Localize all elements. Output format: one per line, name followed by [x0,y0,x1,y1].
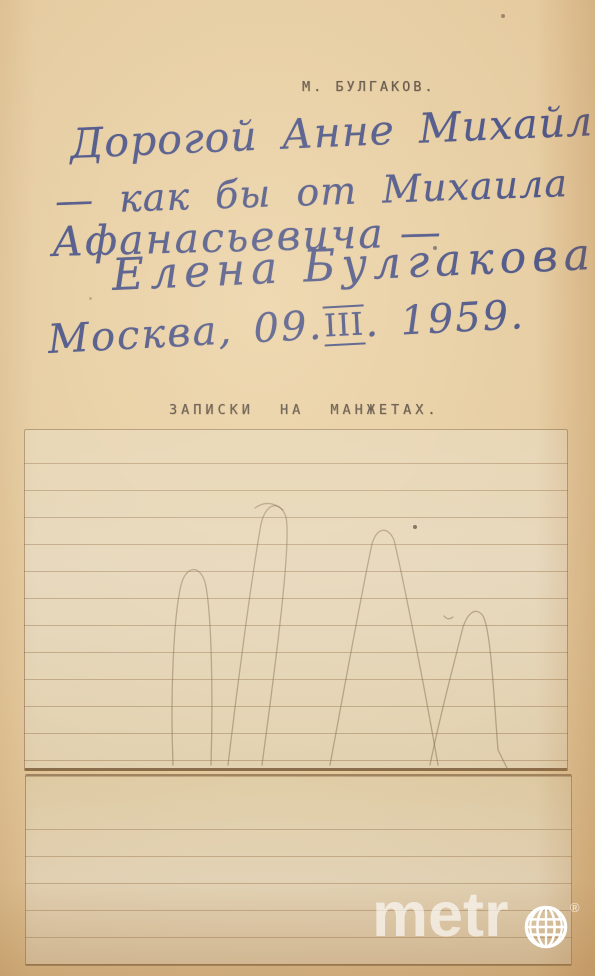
inscription-line-1: Дорогой Анне Михайловне [69,93,595,168]
paper-speck [89,297,92,300]
book-page-photo: М. БУЛГАКОВ. Дорогой Анне Михайловне — к… [0,0,595,976]
paper-speck [413,525,417,529]
date-suffix: . 1959. [364,292,526,346]
ink-speck [433,246,437,250]
lined-index-card-top [24,429,568,771]
typed-author-heading: М. БУЛГАКОВ. [302,79,436,95]
inscription-date-line: Москва, 09.III. 1959. [47,292,526,363]
date-prefix: Москва, 09. [47,303,325,363]
paper-speck [501,14,505,18]
typed-section-title: ЗАПИСКИ НА МАНЖЕТАХ. [169,402,440,418]
date-roman-month: III [322,304,366,346]
lined-index-card-bottom [25,774,572,966]
